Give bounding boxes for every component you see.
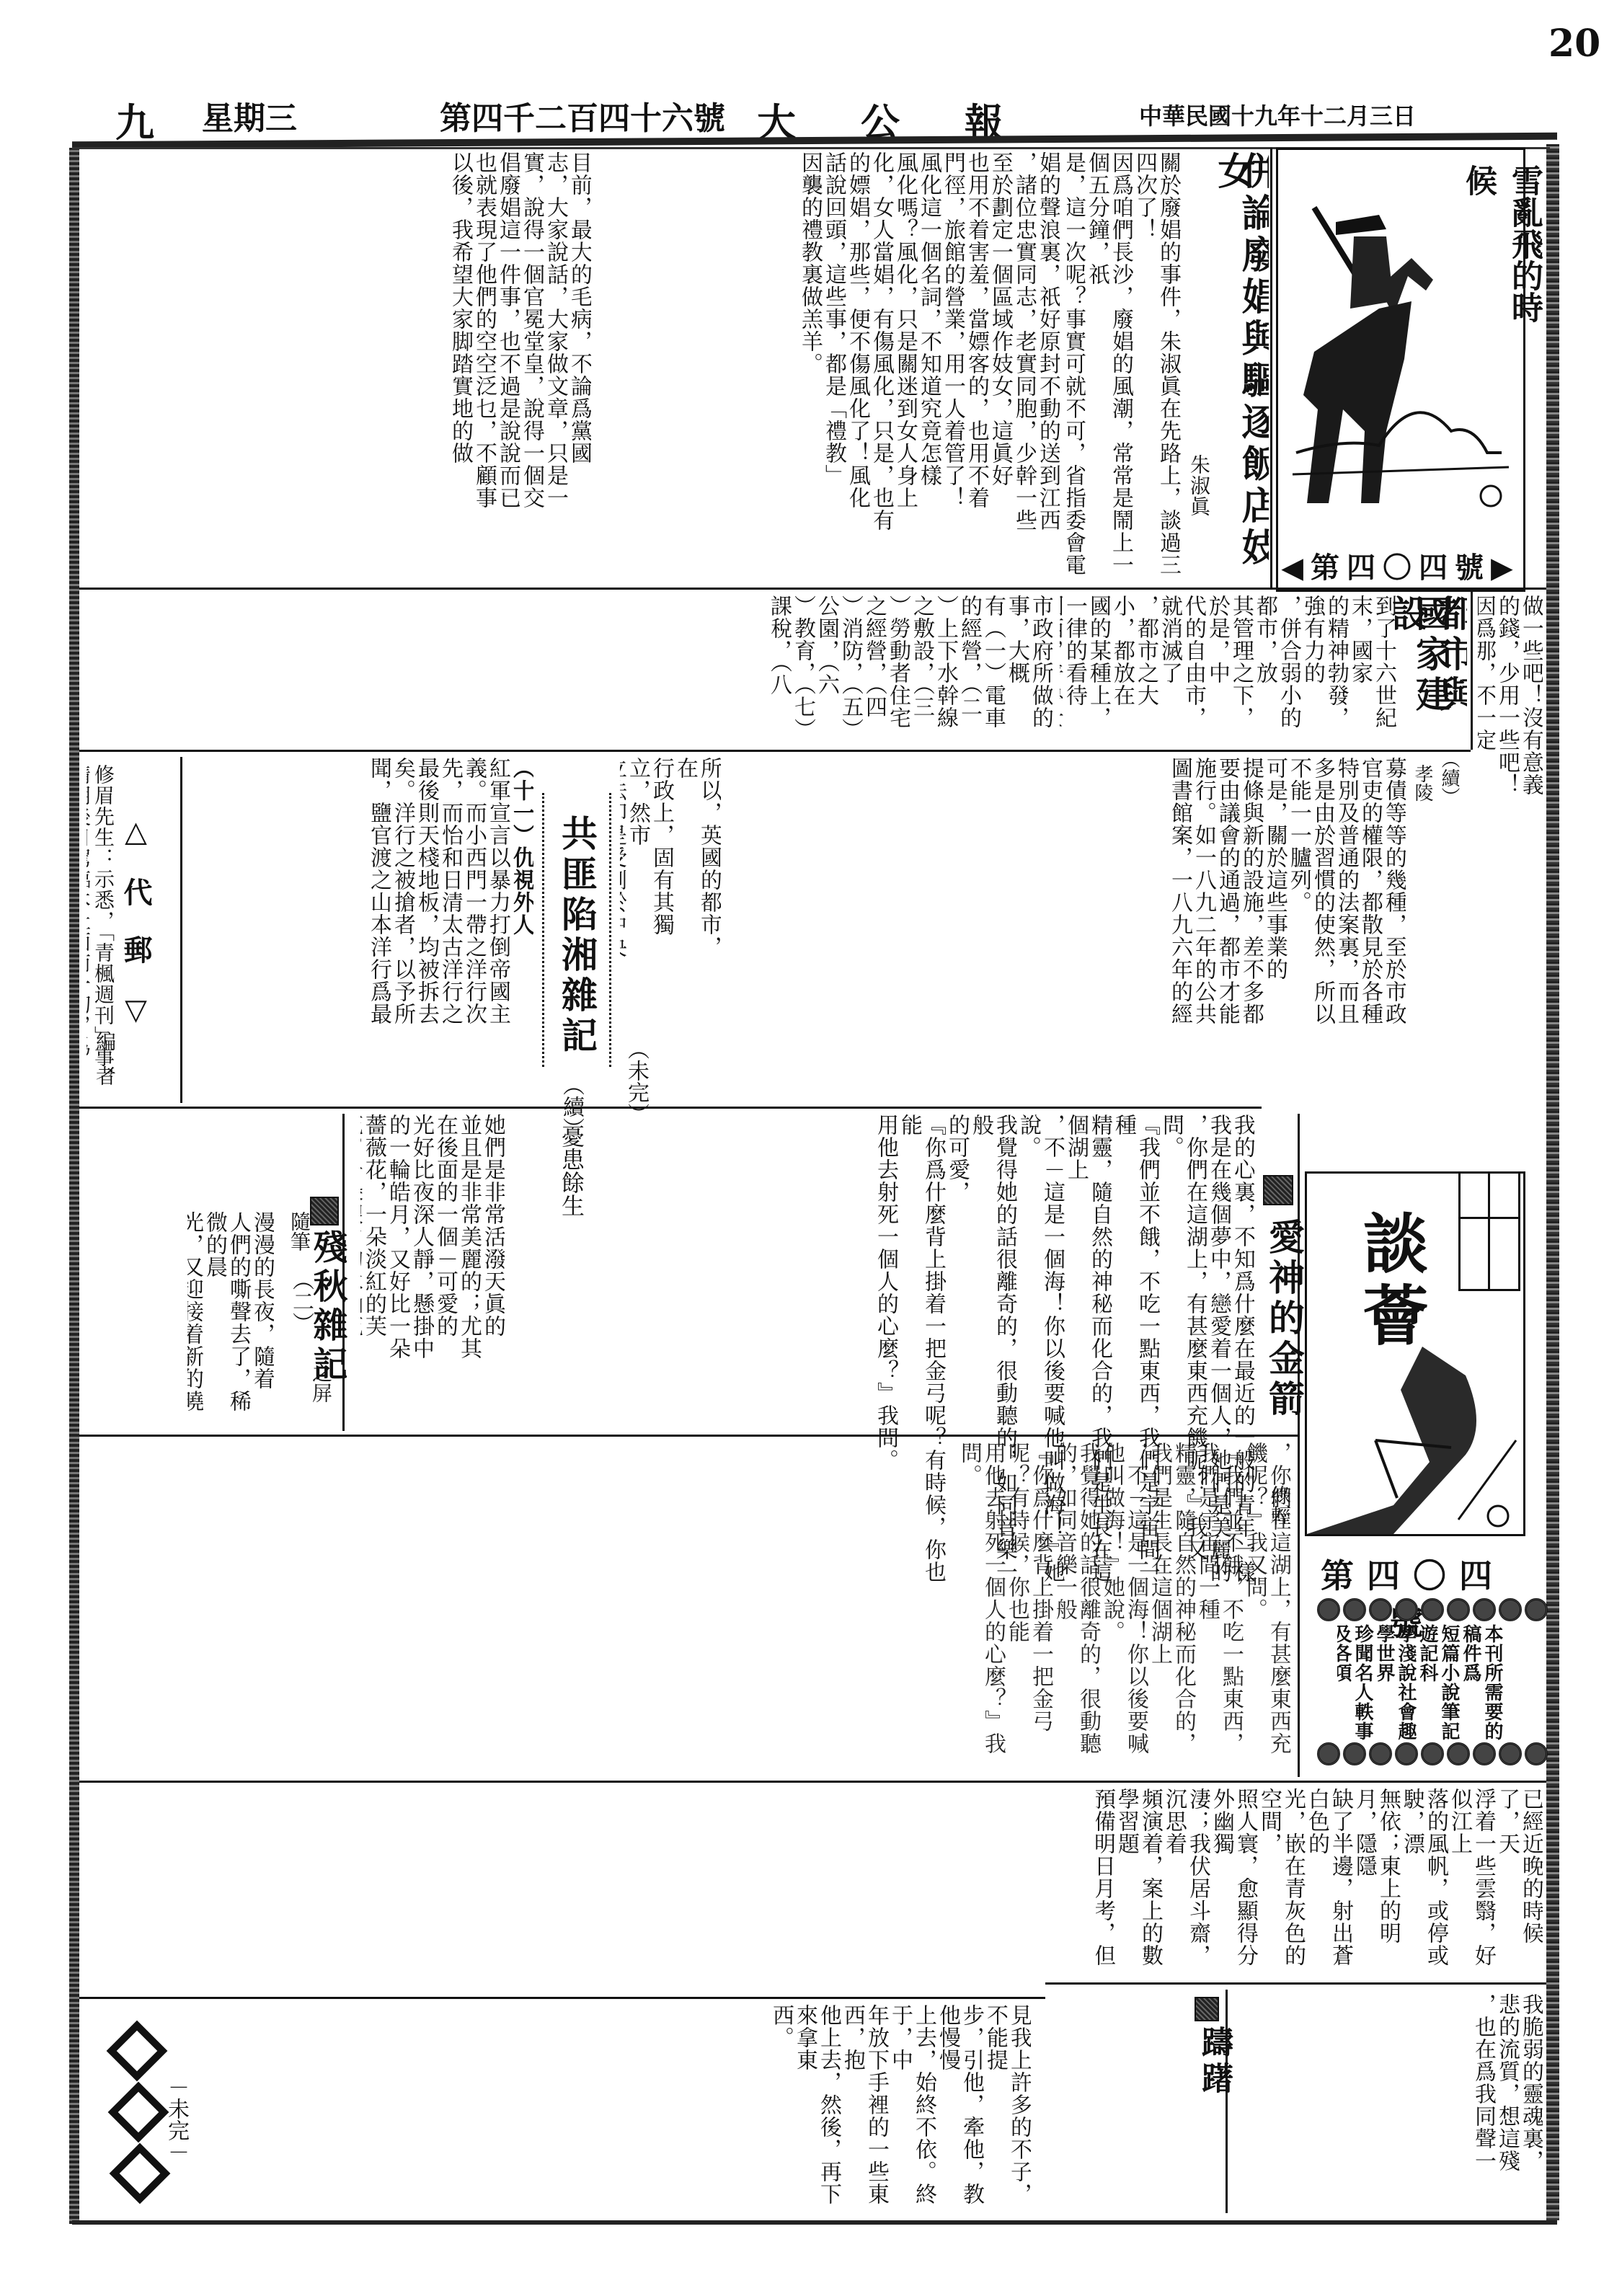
diamond-ornament-icon	[107, 2021, 168, 2082]
text-line: 『你爲什麼背上掛着一把金弓呢？有時候，你也能	[1005, 1442, 1052, 1773]
column-divider	[1471, 591, 1473, 750]
column-divider	[180, 757, 182, 1103]
article-cupid-continuation: ，你們在這湖上，有甚麼東西充饑呢？』我又問。 『我們並不餓，不吃一點東西，我們是…	[101, 1442, 1290, 1773]
text-line: 的嫖娼，那些，便不傷風化了！風化	[846, 151, 869, 577]
left-triangle-icon: ◀	[1281, 551, 1311, 585]
text-line: 多是由於習慣的使然，所以	[1311, 757, 1334, 1103]
reading-figure-icon	[1307, 1332, 1523, 1534]
text-line: 門徑，旅館的營業，用一人着管了！	[941, 151, 965, 577]
weekday: 星期三	[202, 92, 297, 138]
tanhui-header-illustration: 談薈	[1305, 1171, 1525, 1536]
text-line: 見我上許多的不子，不能提	[983, 2004, 1031, 2213]
article-author: 朱淑眞	[1187, 151, 1211, 577]
text-line: 落的風帆，或停或駛，漂	[1400, 1788, 1448, 1975]
text-line: 立法却是受制於中央的。	[620, 757, 626, 973]
notice-signature: 編者	[90, 1031, 119, 1100]
article-evening-essay: 已經近晚的時候了，天 浮着一些雲翳，好似江上 落的風帆，或停或駛，漂 無依；東上…	[1096, 1788, 1543, 1975]
article-late-autumn-notes: 漫漫的長夜，隨着 人們的嘶聲去了，稀微的晨 光，又迎接着新的曉天來了	[187, 1211, 274, 1427]
end-mark: （未完）	[620, 1038, 652, 1125]
article-part: （二）	[285, 1269, 316, 1334]
page-number: 20	[1548, 22, 1600, 66]
text-line: ，你們在這湖上，有甚麼東西充饑呢？』我又問。	[1243, 1442, 1290, 1773]
text-line: 市政府所做的事，大概	[1005, 595, 1052, 746]
section-divider	[79, 1997, 1045, 1999]
article-city-closing: 所以，英國的都市，在 行政上，固有其獨立，然市 立法却是受制於中央的。 市政府的…	[620, 757, 721, 973]
text-line: 『我們並不餓，不吃一點東西，我們是宇宙間一種	[1195, 1442, 1243, 1773]
triangle-down-icon: ▽	[119, 993, 153, 1055]
text-line: 缺了半邊，射出蒼白色的	[1305, 1788, 1352, 1975]
text-line: 施行。如一八九二年的公共	[1192, 757, 1215, 1103]
text-line: ，不－這是一個海！你以後要喊他叫做海！』她說。	[1100, 1442, 1148, 1773]
text-line: 光，又迎接着新的曉天來了	[187, 1211, 203, 1427]
horseman-woodcut-icon	[1285, 193, 1516, 518]
text-line: 年放下手裡的一些東西，抱	[841, 2004, 888, 2213]
section-tag-icon	[310, 1197, 339, 1225]
article-cupid-quote: 她們是非常活潑天眞的 並且是非常美麗的；尤其 在後面的一個－可愛的 光好比夜深人…	[360, 1114, 505, 1424]
text-line: 矣。洋行之被搶者，以予所	[391, 757, 415, 1117]
text-line: 是，這一次呢？事實可就不可，省指委會電呈中央，明令	[1067, 151, 1085, 577]
text-line: ）教育，（七）課稅，（八	[767, 595, 815, 746]
article-author: 之屏	[306, 1362, 335, 1403]
text-line: 做一些吧！沒有意義的錢，少用一些吧！因爲那，不一定	[1478, 595, 1543, 811]
text-line: 頻演着，案上的數學習題	[1114, 1788, 1162, 1975]
article-title: 躊躇	[1191, 2026, 1237, 2098]
page-border-right	[1546, 144, 1559, 2220]
column-divider	[1298, 1114, 1300, 1777]
right-triangle-icon: ▶	[1491, 551, 1520, 585]
text-line: 上去，始終不依。終于，中	[888, 2004, 936, 2213]
text-line: ）勞動者住宅之經營，（四	[862, 595, 910, 746]
illustration-caption: ◀第四〇四號▶	[1278, 545, 1523, 586]
text-line: 淒；我伏居斗齋，沉思着	[1162, 1788, 1210, 1975]
text-line: 官吏的權限，都散見於各種	[1358, 757, 1382, 1103]
text-line: 我脆弱的靈魂裏，	[1519, 1993, 1543, 2209]
article-author: 憂患餘生	[555, 1125, 588, 1217]
window-frame-icon	[1458, 1174, 1520, 1291]
text-line: 提條與新的設施，差不多都	[1239, 757, 1263, 1103]
text-line: 以後，我希望大家脚踏實地的做	[448, 151, 472, 577]
submission-terms: 本刊所需要的稿件爲 短篇小說筆記遊記科 學淺說社會趣學世界 珍聞名人軼事及各項 …	[1337, 1624, 1503, 1754]
text-line: 到了十六世紀末，國家	[1348, 595, 1396, 746]
text-line: 國的某種上，一律的看待	[1063, 595, 1110, 746]
page-label: 九	[115, 92, 154, 148]
article-abolish-prostitution-cont-1: 娼的聲浪裏，祇好原封不動的送到江西 ，諸位忠實同志，老實同胞，少幹一些 至於劃定…	[606, 151, 1060, 577]
illustration-horseman: 雪亂飛的時候 ◀第四〇四號▶	[1276, 148, 1525, 592]
text-line: 所以，英國的都市，在	[673, 757, 721, 973]
issue-date: 中華民國十九年十二月三日	[1139, 98, 1416, 131]
subtitle: （十一）仇視外人	[510, 757, 533, 1117]
text-line: 光好比夜深人靜，懸掛中	[409, 1114, 433, 1424]
text-line: 人們的嘶聲去了，稀微的晨	[203, 1211, 250, 1427]
article-hesitation: 我脆弱的靈魂裏， 悲的流質，想這殘 ，也在爲我同聲一	[1233, 1993, 1543, 2209]
text-line: 其管理之下，於是，中	[1205, 595, 1253, 746]
text-line: 因爲咱們長沙，廢娼的風潮，常常是鬧上一個五分鐘，祇	[1085, 151, 1133, 577]
section-divider	[79, 1781, 1546, 1783]
text-line: 我覺得她的話很離奇的，很動聽的，如同音樂一般	[1052, 1442, 1100, 1773]
article-city-functions: 募債等等的幾種，至於市政 官吏的權限，都散見於各種 特別及普通的法案裏，而且 多…	[1060, 757, 1406, 1103]
page-border-left	[69, 148, 79, 2224]
text-line: 步，引他，牽他，教他慢慢	[936, 2004, 983, 2213]
section-tag-icon	[1263, 1175, 1293, 1205]
text-line: 珍聞名人軼事及各項	[1337, 1624, 1373, 1754]
text-line: 先，而怡和日清太古洋行之	[438, 757, 462, 1117]
article-closing-story: 見我上許多的不子，不能提 步，引他，牽他，教他慢慢 上去，始終不依。終于，中 年…	[180, 2004, 1031, 2213]
text-line: 已經近晚的時候了，天	[1495, 1788, 1543, 1975]
decorative-border-top	[1316, 1597, 1549, 1626]
text-line: 國西，普魯士與英吉利	[1060, 595, 1063, 746]
article-city-national-construction: 都市與國家建設 到了十六世紀末，國家 的精神勃發，強有力的 ，併合弱小的都市，放…	[1060, 595, 1467, 746]
end-mark: －未完－	[160, 2076, 192, 2163]
article-communist-bandits: （十一）仇視外人 紅軍宣言以暴力打倒帝國主 義。而小西門一帶之洋行次 先，而怡和…	[252, 757, 533, 1117]
text-line: 無依；東上的明月，隱隱	[1352, 1788, 1400, 1975]
text-line: 化，女人當娼，有傷風化，只是，也有	[869, 151, 893, 577]
article-city-middle-text: 市政府所做的事，大概 有（一）電車的經營，（二 ）上下水幹線之敷設，（三 ）勞動…	[101, 595, 1052, 746]
text-line: 圖書館案，一八九六年的經	[1168, 757, 1192, 1103]
text-line: 聞，鹽官渡之山本洋行爲最	[367, 757, 391, 1117]
article-category: 隨筆	[285, 1211, 314, 1251]
section-divider	[79, 1107, 1262, 1109]
text-line: 紅軍宣言以暴力打倒帝國主	[486, 757, 510, 1117]
text-line: 悲的流質，想這殘	[1495, 1993, 1519, 2209]
triangle-up-icon: △	[119, 815, 153, 877]
section-divider	[79, 750, 1471, 752]
column-divider	[1270, 148, 1272, 588]
text-line: 精靈，隨自然的神秘而化合的，我們是生長在這個湖上	[1148, 1442, 1195, 1773]
article-title: 都市與國家建設	[1396, 595, 1467, 746]
text-line: 的精神勃發，強有力的	[1300, 595, 1348, 746]
text-line: ，也在爲我同聲一	[1471, 1993, 1495, 2209]
text-line: 義。而小西門一帶之洋行次	[462, 757, 486, 1117]
text-line: 募債等等的幾種，至於市政	[1382, 757, 1406, 1103]
article-title: 併論廢娼與驅逐飯店妓女	[1221, 151, 1269, 577]
notice-box: △代郵▽ 修眉先生：示悉，「青楓週刊」事，請明後日駕臨本社面商一切，爲盼。 編者	[87, 757, 177, 1103]
text-line: 倡廢娼這一件事，也不過是說說而已	[496, 151, 520, 577]
text-line: 實，說得一個官冕堂皇，說得一個交	[520, 151, 544, 577]
text-line: 薔薇花，一朵淡紅的芙	[362, 1114, 386, 1424]
article-abolish-prostitution: 併論廢娼與驅逐飯店妓女 朱淑眞 關於廢娼的事件，朱淑眞在先路上，談過三四次了！ …	[1067, 151, 1269, 577]
text-line: 在後面的一個－可愛的	[433, 1114, 457, 1424]
article-abolish-prostitution-cont-2: 目前，最大的毛病，不論爲黨國 志，大家說話，大家做文章，只是一 實，說得一個官冕…	[87, 151, 591, 577]
section-divider	[1045, 1982, 1546, 1985]
sidebar-note: 做一些吧！沒有意義的錢，少用一些吧！因爲那，不一定 予民衆有福利的。	[1478, 595, 1543, 811]
text-line: 短篇小說筆記遊記科	[1417, 1624, 1460, 1754]
decorative-border-bottom	[1316, 1741, 1549, 1770]
text-line: 風化嗎？風化，只是關迷到女人身上	[893, 151, 917, 577]
text-line: 預備明日月考，但這顆脆	[1096, 1788, 1114, 1975]
text-line: 用他去射死一個人的心麼？』我問。	[957, 1442, 1005, 1773]
text-line: 目前，最大的毛病，不論爲黨國	[567, 151, 591, 577]
section-divider	[79, 588, 1546, 590]
text-line: 娼的聲浪裏，祇好原封不動的送到江西	[1036, 151, 1060, 577]
text-line: 關於廢娼的事件，朱淑眞在先路上，談過三四次了！	[1133, 151, 1180, 577]
text-line: 她們是非常活潑天眞的	[481, 1114, 505, 1424]
text-line: 代的自由市，就消滅了	[1158, 595, 1205, 746]
text-line: 風化這一個名詞，不知道究竟怎樣	[917, 151, 941, 577]
text-line: 有（一）電車的經營，（二	[957, 595, 1005, 746]
article-title-frame: 共匪陷湘雜記	[542, 793, 611, 1067]
section-divider	[79, 1435, 1298, 1437]
text-line: ）消防，（五）公園，（六	[815, 595, 862, 746]
text-line: 也用不着害羞，當嫖客的，也用不着	[965, 151, 988, 577]
text-line: 並且是非常美麗的；尤其	[457, 1114, 481, 1424]
text-line: ，都市之大小，都放在	[1110, 595, 1158, 746]
text-line: 行政上，固有其獨立，然市	[626, 757, 673, 973]
text-line: ，併合弱小的都市，放	[1253, 595, 1300, 746]
text-line: 不能一一臚列。	[1287, 757, 1311, 1103]
text-line: 本刊所需要的稿件爲	[1460, 1624, 1503, 1754]
text-line: 最後則天棧地板，均被拆去	[415, 757, 438, 1117]
text-line: 學淺說社會趣學世界	[1373, 1624, 1417, 1754]
text-line: 志，大家說話，大家做文章，只是一	[544, 151, 567, 577]
text-line: 要由議會的通過，都市才能	[1215, 757, 1239, 1103]
text-line: 特別及普通的法案裏，而且	[1334, 757, 1358, 1103]
text-line: 浮着一些雲翳，好似江上	[1448, 1788, 1495, 1975]
masthead: 九 星期三 第四千二百四十六號 大公報 中華民國十九年十二月三日	[108, 87, 1550, 137]
text-line: 也就表現了他們的空空泛乜，不顧事	[472, 151, 496, 577]
text-line: 的一輪皓月，又好比一朵	[386, 1114, 409, 1424]
section-tag-icon	[1195, 1997, 1219, 2021]
text-line: 他上去，然後，再下來拿東	[793, 2004, 841, 2213]
text-line: 至於劃定一個區域作妓女，這眞好	[988, 151, 1012, 577]
text-line: 西。	[769, 2004, 793, 2213]
article-author: 孝陵	[1412, 764, 1433, 802]
text-line: 光，嵌在青灰色的空間，	[1257, 1788, 1305, 1975]
text-line: 照人寰，愈顯得分外幽獨	[1210, 1788, 1257, 1975]
text-line: 可是，關於這些事業的	[1263, 757, 1287, 1103]
call-for-submissions-box: 本刊所需要的稿件爲 短篇小說筆記遊記科 學淺說社會趣學世界 珍聞名人軼事及各項 …	[1316, 1597, 1525, 1770]
text-line: 漫漫的長夜，隨着	[250, 1211, 274, 1427]
text-line: 花，一朵銀白的水仙花⋯⋯	[360, 1114, 362, 1424]
page-border-bottom	[72, 2220, 1557, 2225]
notice-title: △代郵▽	[115, 815, 156, 1055]
text-line: ）上下水幹線之敷設，（三	[910, 595, 957, 746]
issue-number: 第四千二百四十六號	[440, 92, 725, 138]
text-line: 因襲的禮教裏做羔羊。	[798, 151, 822, 577]
article-title: 愛神的金箭	[1258, 1218, 1310, 1420]
text-line: 話說回頭，這些事，都是「禮教」	[822, 151, 846, 577]
column-divider	[1226, 1990, 1228, 2213]
article-continued-label: （續） 孝陵	[1409, 750, 1463, 807]
article-title: 共匪陷湘雜記	[551, 815, 603, 1060]
text-line: ，諸位忠實同志，老實同胞，少幹一些	[1012, 151, 1036, 577]
